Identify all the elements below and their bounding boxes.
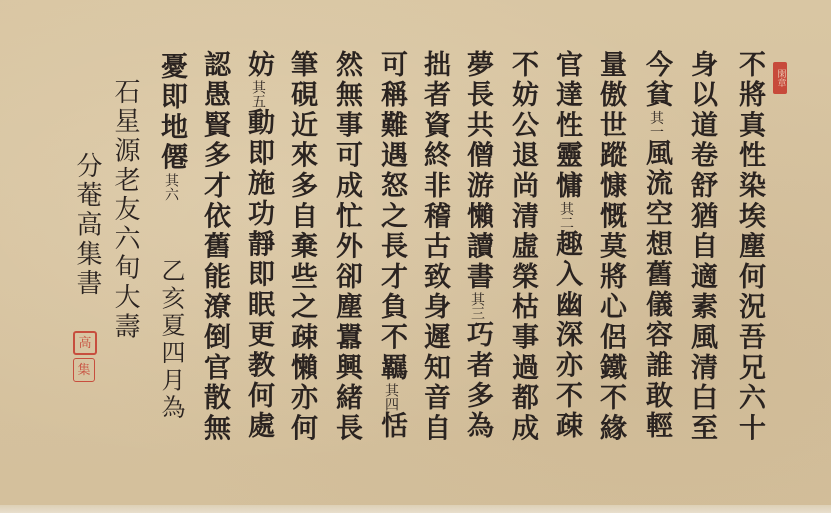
poem-number-note: 其一 [648, 111, 664, 139]
column-3-pre: 今貧 [641, 50, 672, 111]
poem-number-note: 其四 [383, 383, 399, 411]
signature: 分菴高集書 [74, 152, 100, 299]
column-12-text: 動即施功靜即眠更教何處 [243, 108, 274, 441]
dedication: 石星源老友六旬大壽 [112, 78, 138, 342]
column-2: 身以道卷舒猶自適素風清白至 [688, 50, 715, 444]
column-1-text: 不將真性染埃塵何況吾兄六十 [734, 50, 765, 444]
column-11: 筆硯近來多自棄些之疎懶亦何 [288, 50, 315, 444]
column-7-text: 巧者多為 [462, 320, 493, 441]
leading-seal: 閑章 [773, 62, 787, 94]
dedication-text: 石星源老友六旬大壽 [110, 78, 140, 342]
column-13: 認愚賢多才依舊能潦倒官散無 [201, 50, 228, 444]
column-8-text: 拙者資終非稽古致身遲知音自 [419, 50, 450, 444]
column-9-pre: 可稱難遇怒之長才負不羈 [376, 50, 407, 383]
signature-seal-top: 高 [73, 331, 97, 355]
column-5: 官達性靈慵其二趣入幽深亦不疎 [553, 50, 580, 442]
column-9-text: 恬 [376, 411, 407, 441]
inscription-date-text: 乙亥夏四月為 [157, 258, 185, 422]
column-6-text: 不妨公退尚清虛榮枯事過都成 [507, 50, 538, 444]
column-1: 不將真性染埃塵何況吾兄六十 [736, 50, 763, 444]
column-4-text: 量傲世蹤慷慨莫將心侶鐵不緣 [595, 50, 626, 444]
column-3-text: 風流空想舊儀容誰敢輕 [641, 139, 672, 442]
column-12-pre: 妨 [243, 50, 274, 80]
column-12: 妨其五動即施功靜即眠更教何處 [245, 50, 272, 442]
paper-bottom-edge [0, 505, 831, 513]
column-2-text: 身以道卷舒猶自適素風清白至 [686, 50, 717, 444]
column-8: 拙者資終非稽古致身遲知音自 [421, 50, 448, 444]
column-9: 可稱難遇怒之長才負不羈其四恬 [378, 50, 405, 442]
signature-text: 分菴高集書 [72, 152, 102, 299]
column-6: 不妨公退尚清虛榮枯事過都成 [509, 50, 536, 444]
signature-seal-bottom: 集 [73, 358, 95, 382]
column-3: 今貧其一風流空想舊儀容誰敢輕 [643, 50, 670, 442]
column-5-text: 趣入幽深亦不疎 [551, 230, 582, 442]
column-11-text: 筆硯近來多自棄些之疎懶亦何 [286, 50, 317, 444]
column-10-text: 然無事可成忙外卻塵囂興緒長 [331, 50, 362, 444]
column-14-pre: 憂即地僊 [156, 52, 187, 173]
column-14: 憂即地僊其六 [158, 52, 185, 201]
column-10: 然無事可成忙外卻塵囂興緒長 [333, 50, 360, 444]
column-4: 量傲世蹤慷慨莫將心侶鐵不緣 [597, 50, 624, 444]
poem-number-note: 其三 [469, 292, 485, 320]
inscription-date: 乙亥夏四月為 [159, 258, 183, 422]
column-7-pre: 夢長共僧游懶讀書 [462, 50, 493, 292]
poem-number-note: 其六 [163, 173, 179, 201]
poem-number-note: 其五 [250, 80, 266, 108]
column-13-text: 認愚賢多才依舊能潦倒官散無 [199, 50, 230, 444]
poem-number-note: 其二 [558, 202, 574, 230]
column-7: 夢長共僧游懶讀書其三巧者多為 [464, 50, 491, 442]
column-5-pre: 官達性靈慵 [551, 50, 582, 202]
